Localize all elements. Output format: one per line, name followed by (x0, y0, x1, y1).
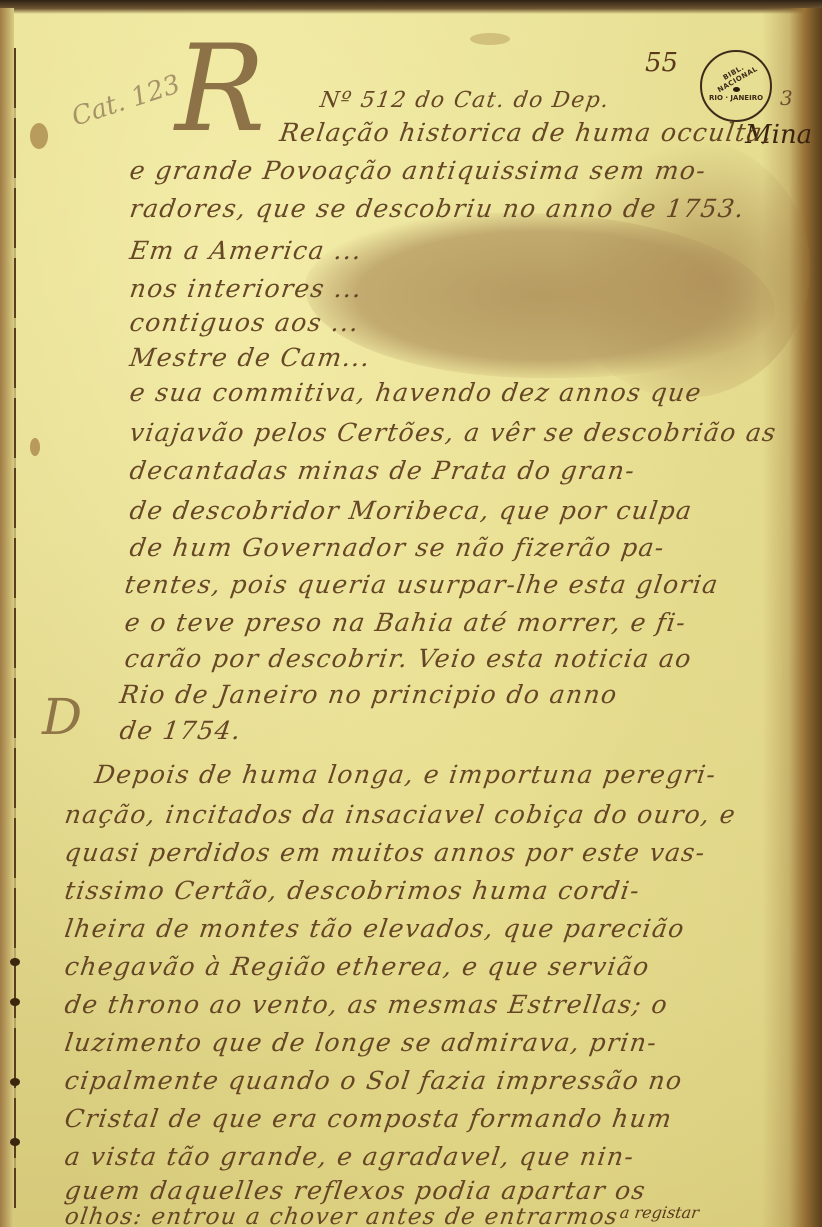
text-line: Rio de Janeiro no principio do anno (118, 680, 620, 709)
text-line: Depois de huma longa, e importuna peregr… (93, 760, 718, 789)
text-line: de hum Governador se não fizerão pa- (128, 533, 667, 562)
text-line: Cristal de que era composta formando hum (63, 1104, 674, 1133)
text-line: quasi perdidos em muitos annos por este … (63, 838, 708, 867)
text-line: nação, incitados da insaciavel cobiça do… (63, 800, 738, 829)
text-line: cipalmente quando o Sol fazia impressão … (63, 1066, 685, 1095)
catalog-reference: Nº 512 do Cat. do Dep. (318, 88, 611, 113)
text-line: contiguos aos ... (128, 308, 362, 337)
text-line: Relação historica de huma occulta, (278, 118, 774, 147)
catchword: a registar (619, 1203, 701, 1222)
text-line: e sua commitiva, havendo dez annos que (128, 378, 704, 407)
text-line: e grande Povoação antiquissima sem mo- (128, 156, 708, 185)
text-line: radores, que se descobriu no anno de 175… (128, 194, 747, 223)
text-line: tissimo Certão, descobrimos huma cordi- (63, 876, 642, 905)
text-line: nos interiores ... (128, 274, 365, 303)
text-line: de descobridor Moribeca, que por culpa (128, 496, 695, 525)
text-line: guem daquelles reflexos podia apartar os (63, 1176, 648, 1205)
text-line: decantadas minas de Prata do gran- (128, 456, 637, 485)
text-line: tentes, pois queria usurpar-lhe esta glo… (123, 570, 721, 599)
text-line: lheira de montes tão elevados, que parec… (63, 914, 687, 943)
text-line: chegavão à Região etherea, e que servião (63, 952, 652, 981)
text-line: viajavão pelos Certões, a vêr se descobr… (128, 418, 779, 447)
text-line: de 1754. (118, 716, 244, 745)
text-line: e o teve preso na Bahia até morrer, e fi… (123, 608, 688, 637)
text-line: de throno ao vento, as mesmas Estrellas;… (63, 990, 670, 1019)
text-line: Em a America ... (128, 236, 364, 265)
handwritten-text: Nº 512 do Cat. do Dep. Relação historica… (0, 8, 822, 1227)
text-line: luzimento que de longe se admirava, prin… (63, 1028, 659, 1057)
text-line: Mestre de Cam... (128, 343, 373, 372)
text-line: olhos: entrou a chover antes de entrarmo… (63, 1204, 620, 1227)
text-line: a vista tão grande, e agradavel, que nin… (63, 1142, 636, 1171)
decorative-initial-d: D (42, 688, 82, 746)
manuscript-page: Cat. 123 R 55 BIBL. NACIONAL RIO · JANEI… (0, 8, 822, 1227)
text-line: carão por descobrir. Veio esta noticia a… (123, 644, 694, 673)
